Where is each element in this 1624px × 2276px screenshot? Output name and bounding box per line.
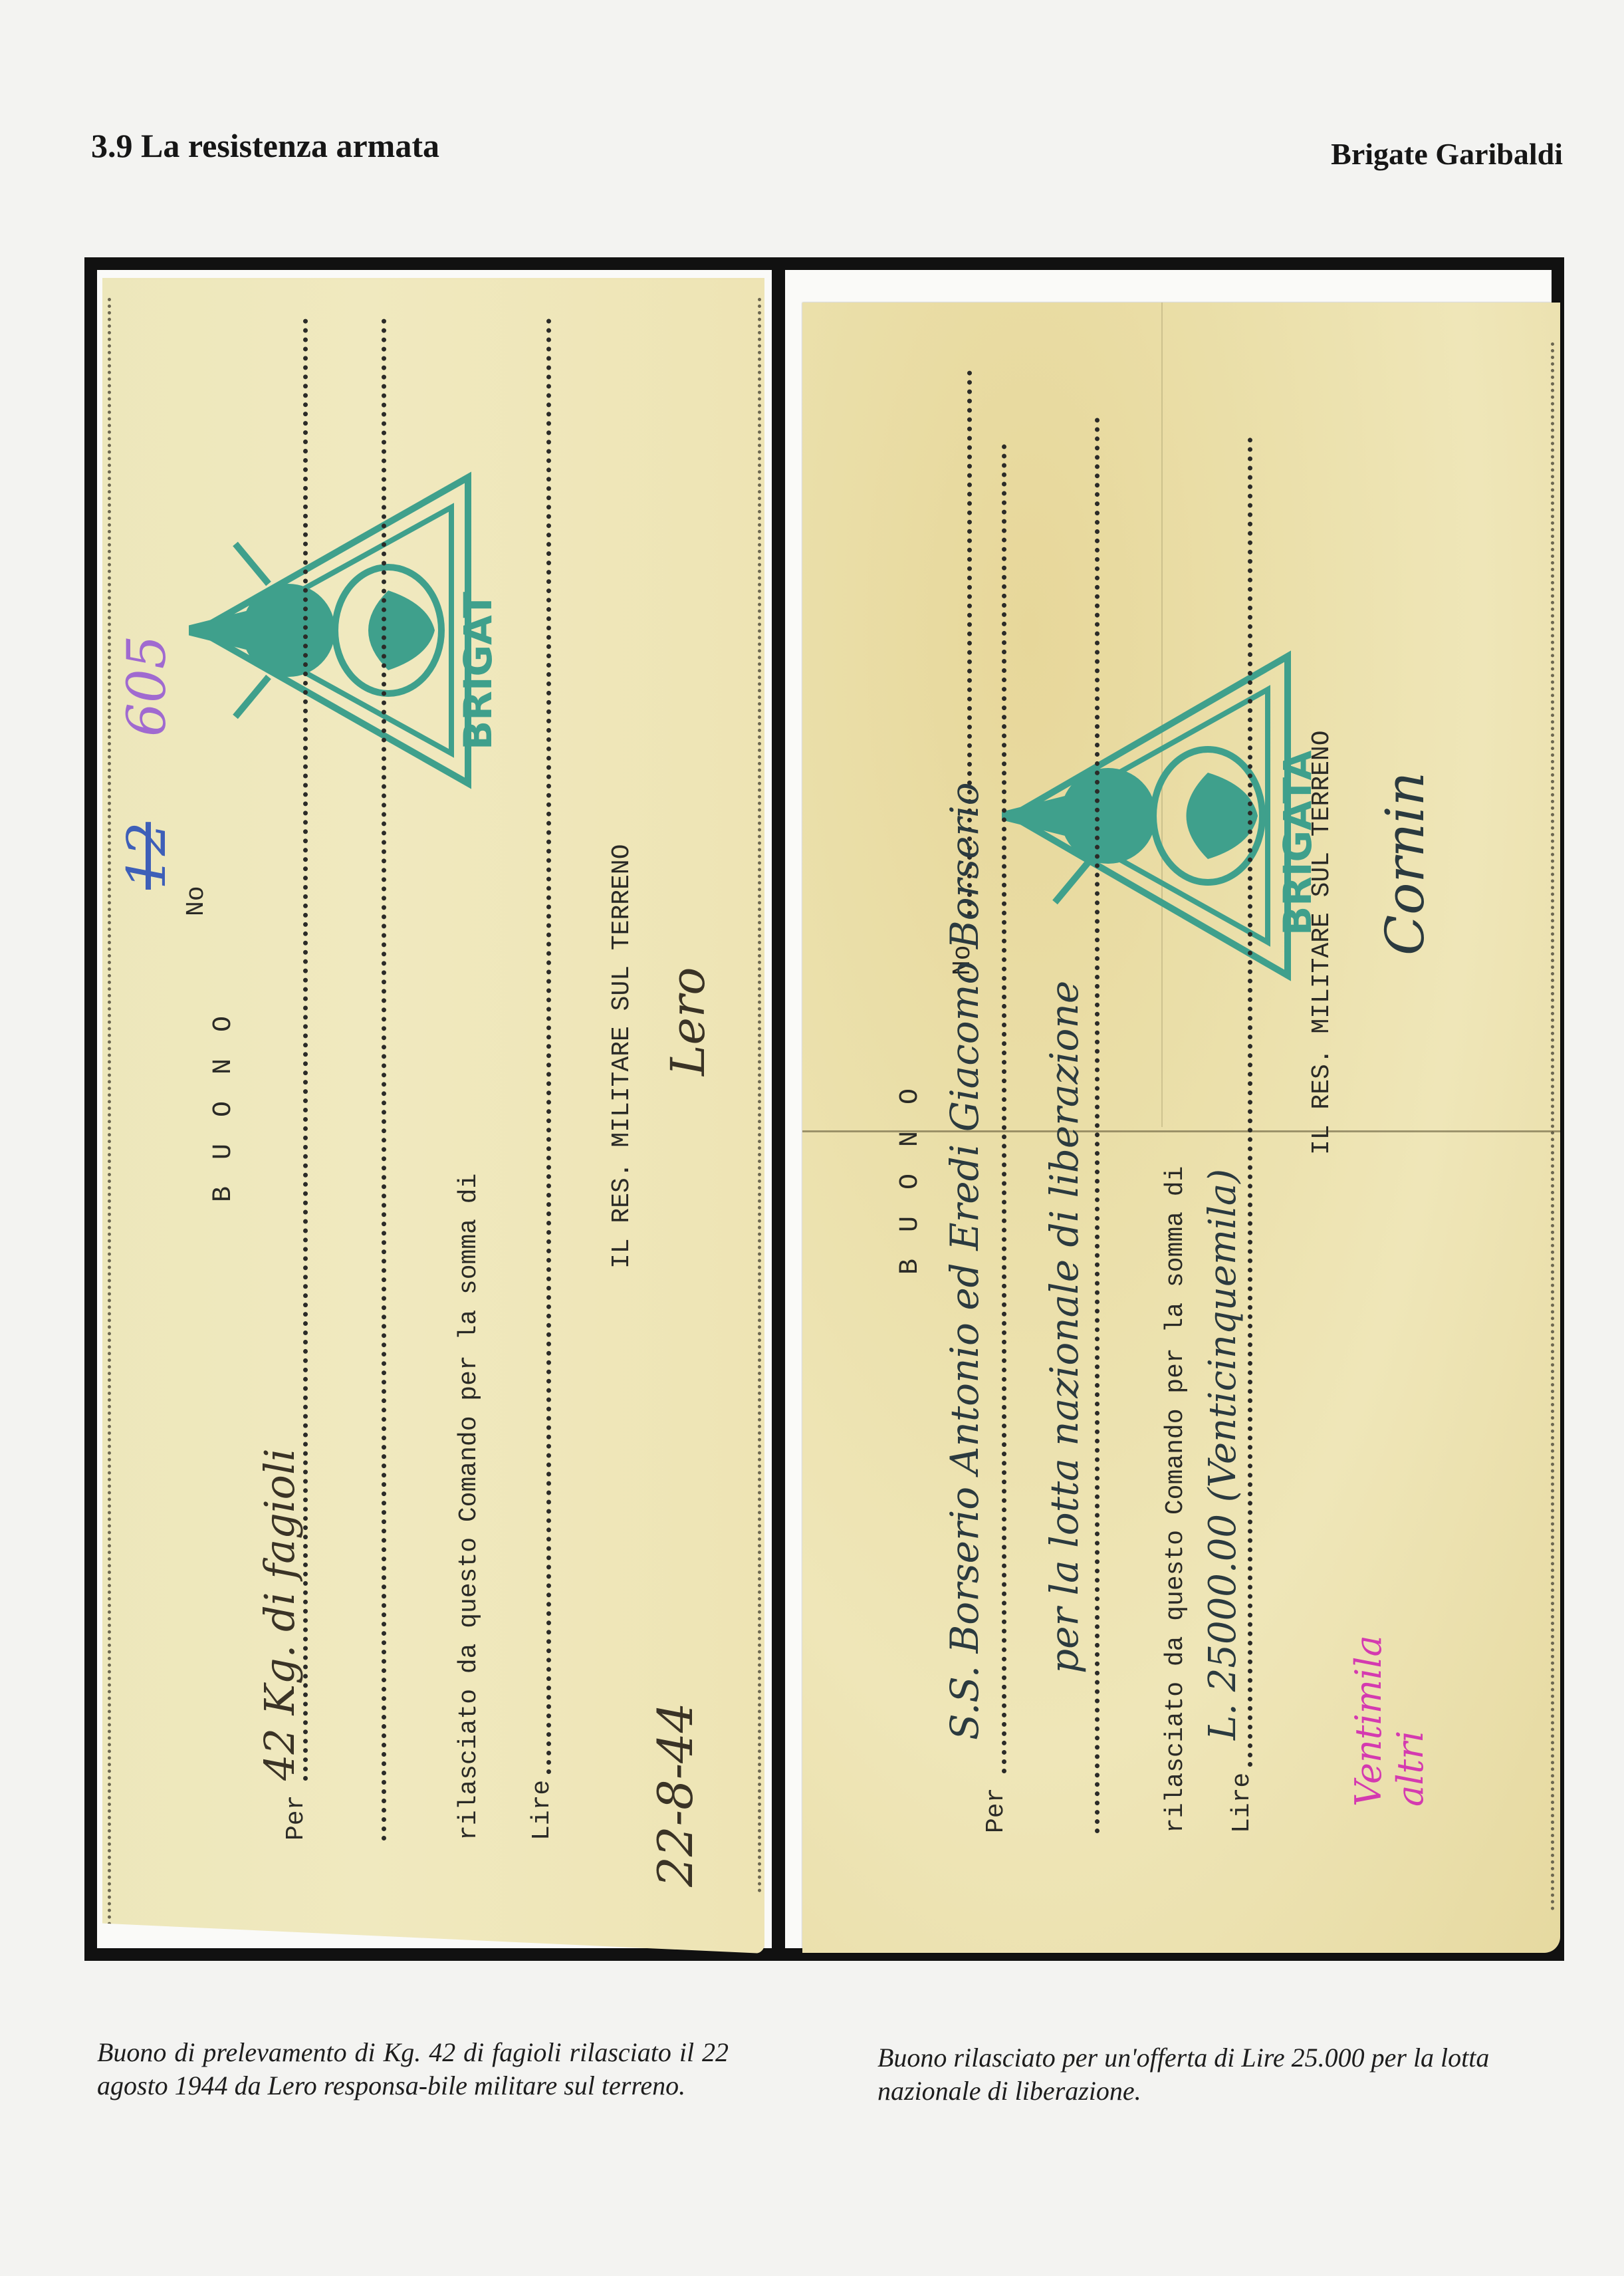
issued-label: rilasciato da questo Comando per la somm… [1161,1166,1190,1833]
caption-right: Buono rilasciato per un'offerta di Lire … [877,2041,1529,2108]
handwritten-number: 605 [116,635,177,737]
caption-left: Buono di prelevamento di Kg. 42 di fagio… [97,2036,729,2102]
svg-text:BRIGAT: BRIGAT [455,592,495,750]
number-label: No [182,886,211,916]
voucher-right: No BRIGATA B U O N O Per S.S. Borserio A… [802,303,1560,1953]
frame-divider [772,257,785,1961]
dotted-line [303,318,308,1781]
signature: Lero [661,967,715,1076]
date: 22-8-44 [647,1702,703,1887]
issued-label: rilasciato da questo Comando per la somm… [455,1174,483,1840]
signature-label: IL RES. MILITARE SUL TERRENO [608,844,636,1269]
per-value-line2: per la lotta nazionale di liberazione [1042,981,1087,1674]
page-title: 3.9 La resistenza armata [91,126,439,165]
signature-label: IL RES. MILITARE SUL TERRENO [1308,730,1336,1155]
crossed-number: 12 [116,822,177,890]
voucher-left: 605 12 No BRIGAT B U O N O Per 42 Kg. di… [102,278,764,1954]
lire-label: Lire [1228,1773,1256,1833]
garibaldi-triangle-stamp-icon: BRIGATA [1002,630,1314,1002]
garibaldi-triangle-stamp-icon: BRIGAT [189,451,495,810]
voucher-title: B U O N O [895,1083,925,1275]
section-title: Brigate Garibaldi [1331,136,1563,172]
magenta-note: Ventimila altri [1347,1607,1431,1807]
per-value: S.S. Borserio Antonio ed Eredi Giacomo B… [942,782,987,1740]
lire-label: Lire [528,1780,556,1840]
lire-value: L. 25000.00 (Venticinquemila) [1201,1169,1244,1740]
per-label: Per [282,1795,310,1840]
dotted-line [1095,417,1100,1833]
signature: Cornin [1374,772,1436,955]
per-label: Per [982,1788,1010,1833]
dotted-line [382,318,386,1840]
dotted-line [1002,443,1006,1773]
voucher-title: B U O N O [209,1011,239,1202]
dotted-line [546,318,551,1774]
per-value: 42 Kg. di fagioli [255,1448,304,1781]
dotted-line [1248,437,1252,1767]
